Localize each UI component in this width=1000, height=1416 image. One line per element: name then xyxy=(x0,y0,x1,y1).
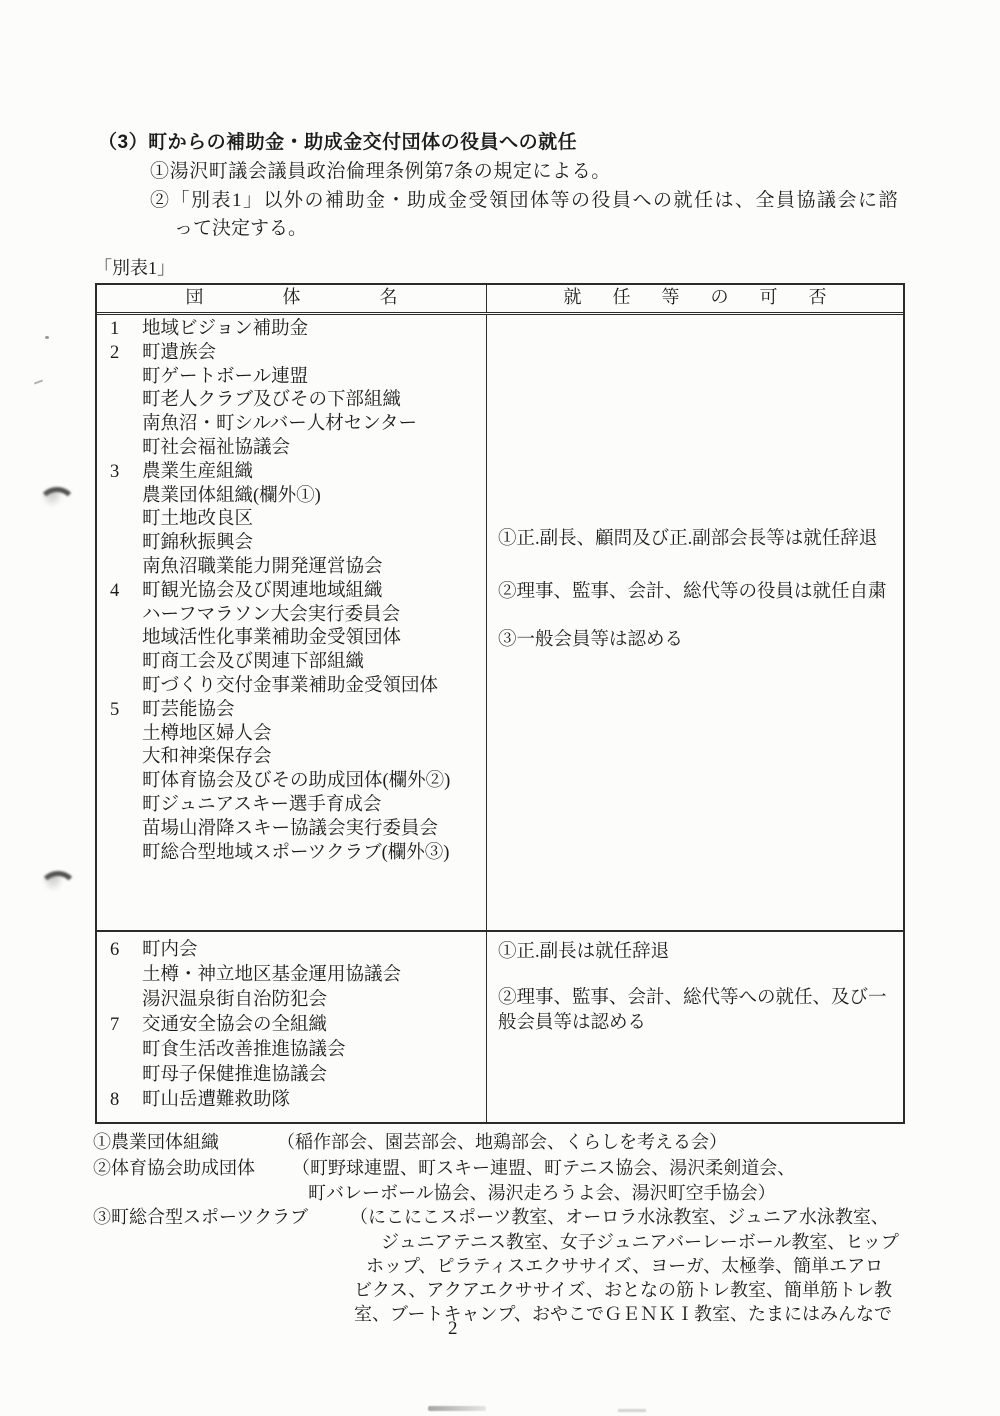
organization-item-number: 1 xyxy=(110,318,142,342)
clause-1: ①湯沢町議会議員政治倫理条例第7条の規定による。 xyxy=(150,156,611,183)
organization-item-name: 町ジュニアスキー選手育成会 xyxy=(142,795,381,815)
appendix-table-1: 団体名 就任等の可否 1地域ビジョン補助金2町遺族会町ゲートボール連盟町老人クラ… xyxy=(95,283,905,1124)
organization-item-name: 町土地改良区 xyxy=(142,509,253,529)
organization-list-item: 町ゲートボール連盟 xyxy=(110,366,486,390)
organization-list-item: 町土地改良区 xyxy=(110,508,486,532)
footnote-2-text-line1: （町野球連盟、町スキー連盟、町テニス協会、湯沢柔剣道会、 xyxy=(292,1154,795,1180)
organization-list-item: 土樽地区婦人会 xyxy=(110,723,486,747)
clause-2-line1: ②「別表1」以外の補助金・助成金受領団体等の役員への就任は、全員協議会に諮 xyxy=(150,185,899,212)
organization-item-name: ハーフマラソン大会実行委員会 xyxy=(142,605,400,625)
footnote-3-text-line4: ビクス、アクアエクササイズ、おとなの筋トレ教室、簡単筋トレ教 xyxy=(354,1276,892,1302)
organization-list-item: 農業団体組織(欄外①) xyxy=(110,485,486,509)
organization-item-name: 地域ビジョン補助金 xyxy=(142,319,308,339)
organization-list-item: 湯沢温泉街自治防犯会 xyxy=(110,988,486,1013)
approval-rule-1: ①正.副長、顧問及び正.副部会長等は就任辞退 xyxy=(498,527,897,551)
organization-item-name: 町芸能協会 xyxy=(142,700,235,720)
approval-rule-3: ③一般会員等は認める xyxy=(498,628,897,652)
scanned-document-page: （3）町からの補助金・助成金交付団体の役員への就任 ①湯沢町議会議員政治倫理条例… xyxy=(0,0,1000,1416)
footnote-1-label: ①農業団体組織 xyxy=(93,1128,219,1154)
table-header-row: 団体名 就任等の可否 xyxy=(97,285,903,315)
footnote-2-text-line2: 町バレーボール協会、湯沢走ろうよ会、湯沢町空手協会） xyxy=(308,1179,776,1205)
organization-list-item: 町づくり交付金事業補助金受領団体 xyxy=(110,675,486,699)
organization-list-item: 苗場山滑降スキー協議会実行委員会 xyxy=(110,818,486,842)
organization-list-item: 3農業生産組織 xyxy=(110,461,486,485)
footnote-3-text-line3: ホップ、ピラティスエクササイズ、ヨーガ、太極拳、簡単エアロ xyxy=(366,1252,883,1278)
organization-item-name: 町観光協会及び関連地域組織 xyxy=(142,581,383,601)
organization-item-name: 南魚沼・町シルバー人材センター xyxy=(142,414,417,434)
page-number: 2 xyxy=(448,1318,458,1340)
organization-item-name: 苗場山滑降スキー協議会実行委員会 xyxy=(142,819,438,839)
footnote-3-label: ③町総合型スポーツクラブ xyxy=(93,1203,308,1229)
organization-list-item: 町食生活改善推進協議会 xyxy=(110,1038,486,1063)
organization-item-name: 交通安全協会の全組織 xyxy=(142,1015,327,1035)
organization-list-item: 地域活性化事業補助金受領団体 xyxy=(110,627,486,651)
organization-list-item: 8町山岳遭難救助隊 xyxy=(110,1088,486,1113)
organization-item-name: 大和神楽保存会 xyxy=(142,747,272,767)
organization-list-item: 南魚沼・町シルバー人材センター xyxy=(110,413,486,437)
organization-item-number: 2 xyxy=(110,342,142,366)
approval-rule-2: ②理事、監事、会計、総代等の役員は就任自粛 xyxy=(498,580,897,604)
organization-item-number: 3 xyxy=(110,461,142,485)
organization-item-number: 7 xyxy=(110,1013,142,1038)
organization-item-name: 町遺族会 xyxy=(142,343,216,363)
approval-rule-2: ②理事、監事、会計、総代等への就任、及び一般会員等は認める xyxy=(498,986,890,1036)
hole-punch-shadow-mark xyxy=(38,871,78,911)
column-header-organization-name: 団体名 xyxy=(97,285,487,312)
organization-item-name: 町社会福祉協議会 xyxy=(142,438,290,458)
organization-list-top: 1地域ビジョン補助金2町遺族会町ゲートボール連盟町老人クラブ及びその下部組織南魚… xyxy=(97,315,487,930)
organization-list-item: 町ジュニアスキー選手育成会 xyxy=(110,794,486,818)
scan-smudge xyxy=(618,1409,646,1412)
organization-item-number: 6 xyxy=(110,938,142,963)
section-heading: （3）町からの補助金・助成金交付団体の役員への就任 xyxy=(98,127,577,154)
organization-item-name: 町体育協会及びその助成団体(欄外②) xyxy=(142,771,450,791)
organization-item-number: 4 xyxy=(110,580,142,604)
organization-list-item: 土樽・神立地区基金運用協議会 xyxy=(110,963,486,988)
organization-list-item: 6町内会 xyxy=(110,938,486,963)
footnote-3-text-line2: ジュニアテニス教室、女子ジュニアバーレーボール教室、ヒップ xyxy=(381,1228,899,1254)
organization-item-name: 土樽地区婦人会 xyxy=(142,724,272,744)
approval-rules-bottom-cell: ①正.副長は就任辞退 ②理事、監事、会計、総代等への就任、及び一般会員等は認める xyxy=(487,932,903,1122)
footnote-1-text: （稲作部会、園芸部会、地鶏部会、くらしを考える会） xyxy=(277,1128,727,1154)
organization-item-name: 土樽・神立地区基金運用協議会 xyxy=(142,965,401,985)
organization-list-item: 町母子保健推進協議会 xyxy=(110,1063,486,1088)
organization-list-item: 2町遺族会 xyxy=(110,342,486,366)
table-row-groups-6-8: 6町内会土樽・神立地区基金運用協議会湯沢温泉街自治防犯会7交通安全協会の全組織町… xyxy=(97,932,903,1122)
scan-smudge xyxy=(428,1406,486,1411)
organization-item-name: 農業生産組織 xyxy=(142,462,253,482)
organization-item-name: 町商工会及び関連下部組織 xyxy=(142,652,364,672)
organization-item-number: 8 xyxy=(110,1088,142,1113)
approval-rule-1: ①正.副長は就任辞退 xyxy=(498,940,897,964)
organization-list-item: 町錦秋振興会 xyxy=(110,532,486,556)
organization-list-item: 南魚沼職業能力開発運営協会 xyxy=(110,556,486,580)
clause-2-line2: って決定する。 xyxy=(174,213,307,240)
organization-list-item: 4町観光協会及び関連地域組織 xyxy=(110,580,486,604)
table-caption: 「別表1」 xyxy=(94,254,175,280)
footnote-3-text-line5: 室、ブートキャンプ、おやこでＧＥＮＫＩ教室、たまにはみんなで xyxy=(354,1300,892,1326)
organization-list-item: 町総合型地域スポーツクラブ(欄外③) xyxy=(110,842,486,866)
organization-list-item: ハーフマラソン大会実行委員会 xyxy=(110,604,486,628)
organization-item-name: 町錦秋振興会 xyxy=(142,533,253,553)
organization-item-name: 南魚沼職業能力開発運営協会 xyxy=(142,557,383,577)
organization-list-item: 町老人クラブ及びその下部組織 xyxy=(110,389,486,413)
organization-list-item: 1地域ビジョン補助金 xyxy=(110,318,486,342)
organization-list-item: 大和神楽保存会 xyxy=(110,746,486,770)
table-row-groups-1-5: 1地域ビジョン補助金2町遺族会町ゲートボール連盟町老人クラブ及びその下部組織南魚… xyxy=(97,315,903,932)
organization-item-number: 5 xyxy=(110,699,142,723)
organization-item-name: 農業団体組織(欄外①) xyxy=(142,486,321,506)
organization-item-name: 町づくり交付金事業補助金受領団体 xyxy=(142,676,438,696)
organization-item-name: 町内会 xyxy=(142,940,198,960)
organization-item-name: 湯沢温泉街自治防犯会 xyxy=(142,990,327,1010)
column-header-appointment-approval: 就任等の可否 xyxy=(487,285,903,312)
organization-list-item: 町体育協会及びその助成団体(欄外②) xyxy=(110,770,486,794)
organization-item-name: 町老人クラブ及びその下部組織 xyxy=(142,390,401,410)
scan-speck xyxy=(34,380,43,385)
approval-rules-top-cell: ①正.副長、顧問及び正.副部会長等は就任辞退 ②理事、監事、会計、総代等の役員は… xyxy=(487,315,903,930)
organization-item-name: 町総合型地域スポーツクラブ(欄外③) xyxy=(142,843,449,863)
organization-item-name: 町母子保健推進協議会 xyxy=(142,1065,327,1085)
organization-list-bottom: 6町内会土樽・神立地区基金運用協議会湯沢温泉街自治防犯会7交通安全協会の全組織町… xyxy=(97,932,487,1122)
organization-list-item: 町商工会及び関連下部組織 xyxy=(110,651,486,675)
organization-list-item: 7交通安全協会の全組織 xyxy=(110,1013,486,1038)
organization-list-item: 5町芸能協会 xyxy=(110,699,486,723)
footnote-2-label: ②体育協会助成団体 xyxy=(93,1154,255,1180)
organization-item-name: 町ゲートボール連盟 xyxy=(142,367,308,387)
organization-item-name: 町山岳遭難救助隊 xyxy=(142,1090,290,1110)
scan-speck xyxy=(45,336,49,339)
organization-item-name: 地域活性化事業補助金受領団体 xyxy=(142,628,401,648)
organization-item-name: 町食生活改善推進協議会 xyxy=(142,1040,346,1060)
hole-punch-shadow-mark xyxy=(37,487,77,527)
footnote-3-text-line1: （にこにこスポーツ教室、オーロラ水泳教室、ジュニア水泳教室、 xyxy=(350,1203,889,1229)
organization-list-item: 町社会福祉協議会 xyxy=(110,437,486,461)
